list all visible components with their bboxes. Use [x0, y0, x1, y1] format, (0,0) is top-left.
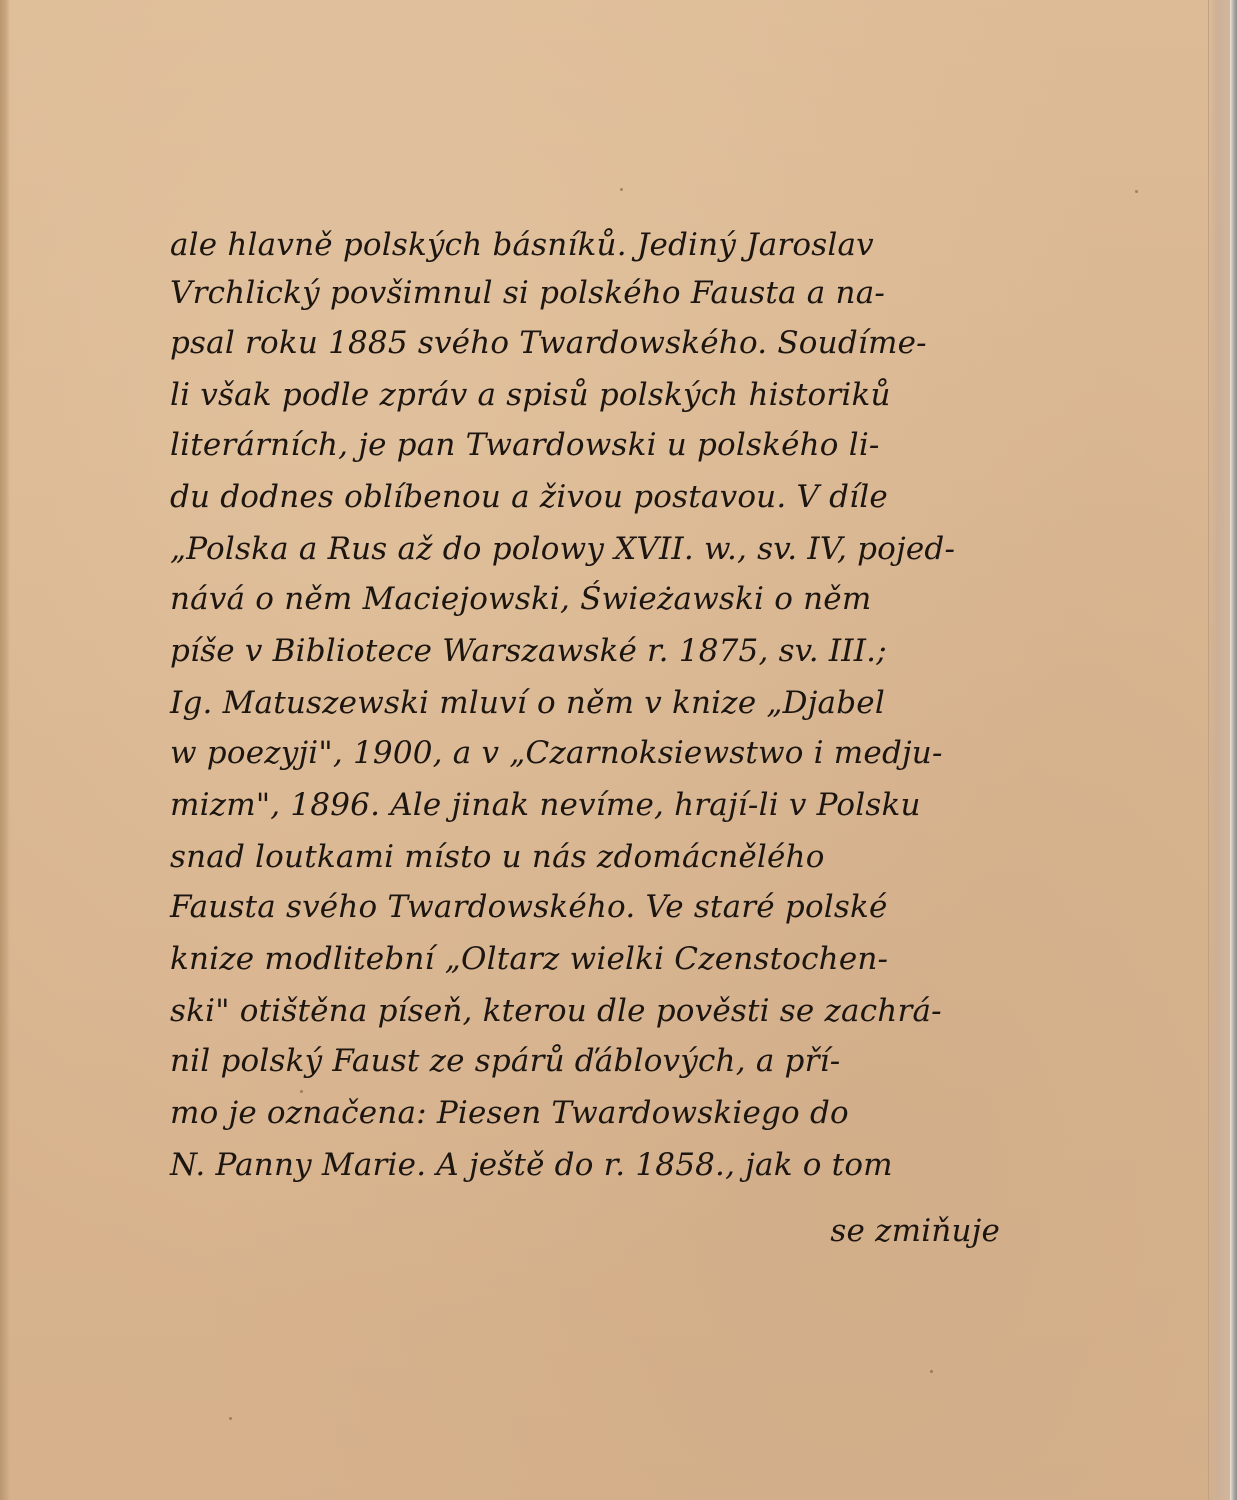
text-line-19: N. Panny Marie. A ještě do r. 1858., jak… [170, 1140, 893, 1190]
manuscript-page: ale hlavně polských básníků. Jediný Jaro… [0, 0, 1237, 1500]
text-line-18: mo je označena: Piesen Twardowskiego do [170, 1088, 849, 1138]
text-line-16: ski" otištěna píseň, kterou dle pověsti … [170, 986, 942, 1036]
paper-speck [620, 188, 623, 191]
text-line-13: snad loutkami místo u nás zdomácnělého [170, 832, 825, 882]
text-line-5: literárních, je pan Twardowski u polskéh… [170, 420, 880, 470]
page-left-edge [0, 0, 10, 1500]
text-line-2: Vrchlický povšimnul si polského Fausta a… [170, 268, 885, 318]
text-line-8: nává o něm Maciejowski, Świeżawski o něm [170, 574, 871, 624]
text-line-15: knize modlitební „Oltarz wielki Czenstoc… [170, 934, 888, 984]
text-line-1: ale hlavně polských básníků. Jediný Jaro… [170, 220, 874, 270]
text-line-17: nil polský Faust ze spárů ďáblových, a p… [170, 1036, 840, 1086]
text-line-14: Fausta svého Twardowského. Ve staré pols… [170, 882, 888, 932]
paper-speck [229, 1417, 232, 1420]
text-line-7: „Polska a Rus až do polowy XVII. w., sv.… [170, 524, 955, 574]
text-line-11: w poezyji", 1900, a v „Czarnoksiewstwo i… [170, 728, 943, 778]
page-right-fold [1208, 0, 1231, 1500]
text-line-10: Ig. Matuszewski mluví o něm v knize „Dja… [170, 678, 885, 728]
text-line-3: psal roku 1885 svého Twardowského. Soudí… [170, 318, 927, 368]
paper-speck [1135, 190, 1138, 193]
paper-speck [930, 1370, 933, 1373]
page-right-edge [1230, 0, 1237, 1500]
text-line-12: mizm", 1896. Ale jinak nevíme, hrají-li … [170, 780, 921, 830]
text-line-9: píše v Bibliotece Warszawské r. 1875, sv… [170, 626, 887, 676]
text-line-closing: se zmiňuje [830, 1206, 1000, 1256]
text-line-4: li však podle zpráv a spisů polských his… [170, 370, 891, 420]
text-line-6: du dodnes oblíbenou a živou postavou. V … [170, 472, 888, 522]
